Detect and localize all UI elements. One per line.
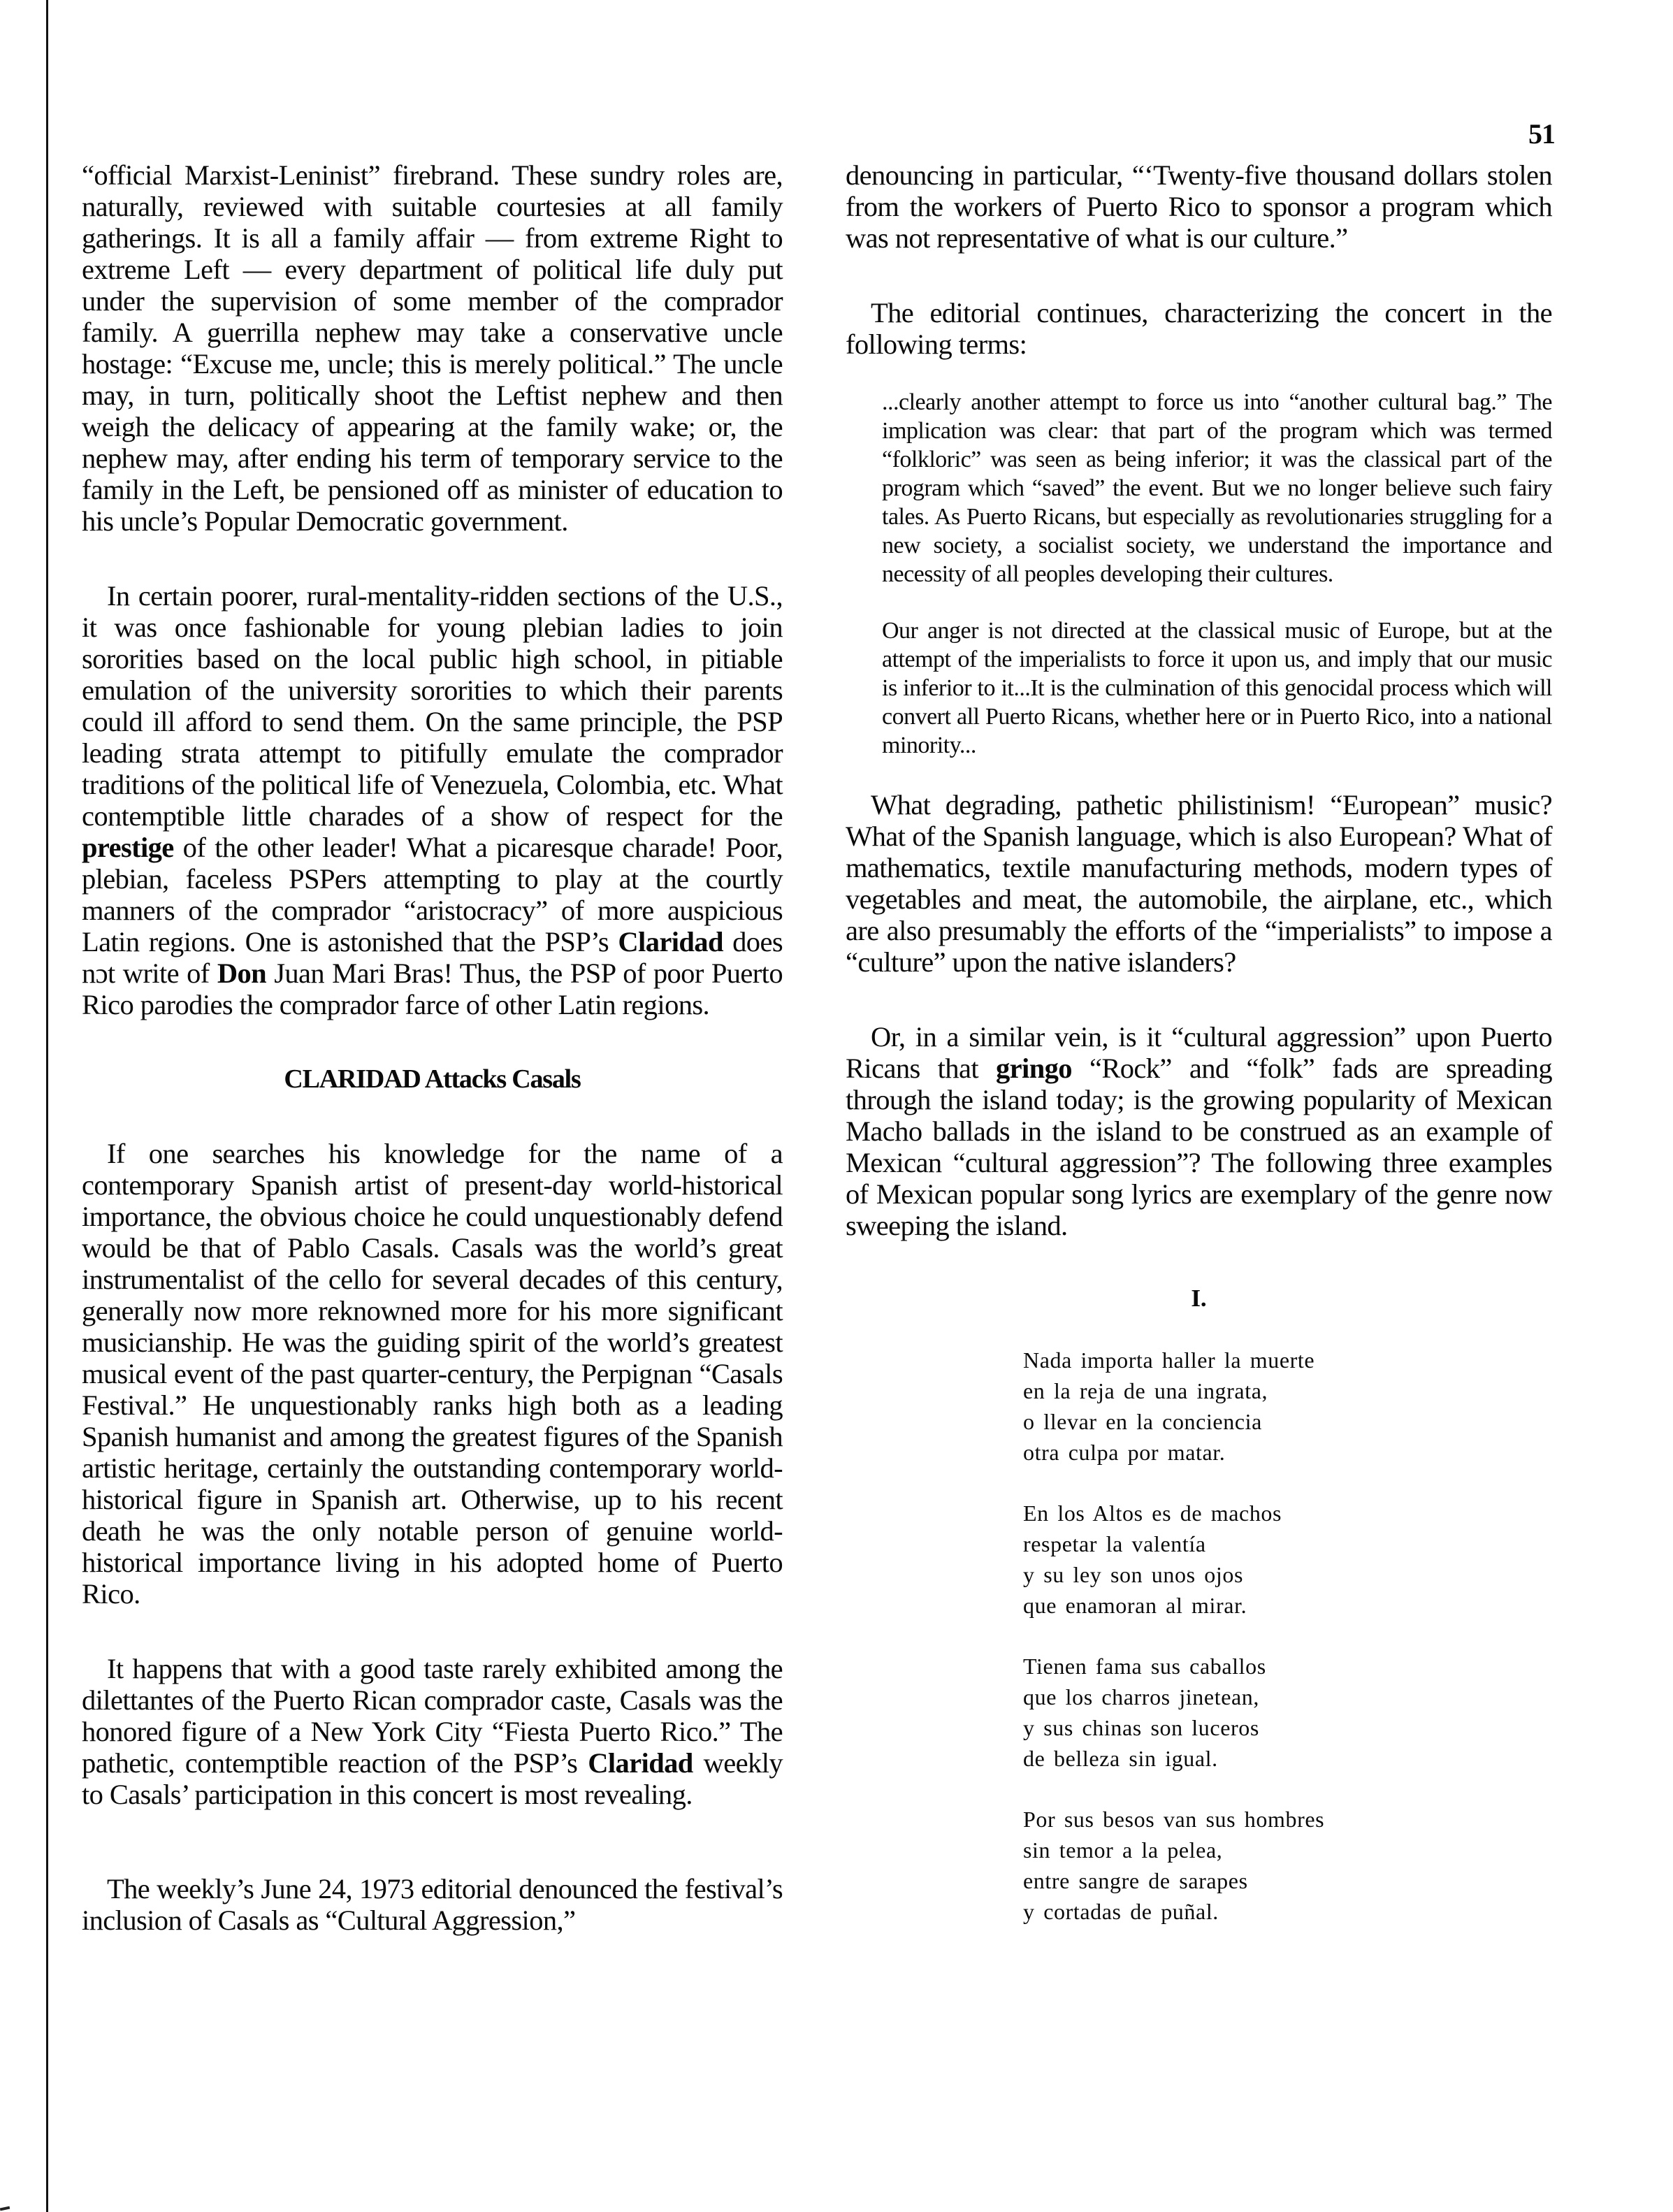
paragraph: denouncing in particular, “‘Twenty-five … [846,159,1552,254]
quote-paragraph: ...clearly another attempt to force us i… [882,388,1552,588]
poem-line: Tienen fama sus caballos [1023,1651,1552,1682]
paragraph: If one searches his knowledge for the na… [82,1138,783,1610]
paragraph: The weekly’s June 24, 1973 editorial den… [82,1873,783,1936]
left-column: “official Marxist-Leninist” firebrand. T… [82,159,783,1979]
poem-line: o llevar en la conciencia [1023,1406,1552,1437]
poem-line: otra culpa por matar. [1023,1437,1552,1468]
paragraph: Or, in a similar vein, is it “cultural a… [846,1021,1552,1241]
section-heading: CLARIDAD Attacks Casals [82,1064,783,1094]
paragraph: What degrading, pathetic philistinism! “… [846,789,1552,978]
poem-line: En los Altos es de machos [1023,1498,1552,1528]
poem-line: entre sangre de sarapes [1023,1865,1552,1896]
poem-line: respetar la valentía [1023,1528,1552,1559]
bold-term: prestige [82,832,174,863]
scan-artifact-mark [0,2206,10,2211]
bold-term: gringo [996,1053,1072,1084]
poem-line: de belleza sin igual. [1023,1743,1552,1774]
poem-line: que los charros jinetean, [1023,1682,1552,1712]
paragraph: “official Marxist-Leninist” firebrand. T… [82,159,783,537]
poem-line: y su ley son unos ojos [1023,1559,1552,1590]
paragraph: In certain poorer, rural-mentality-ridde… [82,580,783,1020]
poem-line: y sus chinas son luceros [1023,1712,1552,1743]
bold-term: Don [217,957,266,989]
poem-numeral: I. [846,1285,1552,1313]
poem-line: sin temor a la pelea, [1023,1835,1552,1865]
scan-page-edge-line [46,0,48,2212]
poem-line: Por sus besos van sus hombres [1023,1804,1552,1835]
right-column: denouncing in particular, “‘Twenty-five … [846,159,1552,1957]
block-quote: ...clearly another attempt to force us i… [882,388,1552,760]
poem-stanza: Tienen fama sus caballos que los charros… [1023,1651,1552,1774]
bold-term: Claridad [588,1747,693,1779]
poem-stanza: Nada importa haller la muerte en la reja… [1023,1345,1552,1468]
poem-stanza: Por sus besos van sus hombres sin temor … [1023,1804,1552,1927]
quote-paragraph: Our anger is not directed at the classic… [882,616,1552,760]
poem-stanza: En los Altos es de machos respetar la va… [1023,1498,1552,1621]
poem-line: y cortadas de puñal. [1023,1896,1552,1927]
bold-term: Claridad [618,926,723,957]
poem-line: que enamoran al mirar. [1023,1590,1552,1621]
paragraph: It happens that with a good taste rarely… [82,1653,783,1810]
paragraph: The editorial continues, characterizing … [846,297,1552,360]
poem-line: en la reja de una ingrata, [1023,1375,1552,1406]
poem-line: Nada importa haller la muerte [1023,1345,1552,1375]
poem: I. Nada importa haller la muerte en la r… [1023,1285,1552,1927]
page-number: 51 [1528,117,1555,150]
